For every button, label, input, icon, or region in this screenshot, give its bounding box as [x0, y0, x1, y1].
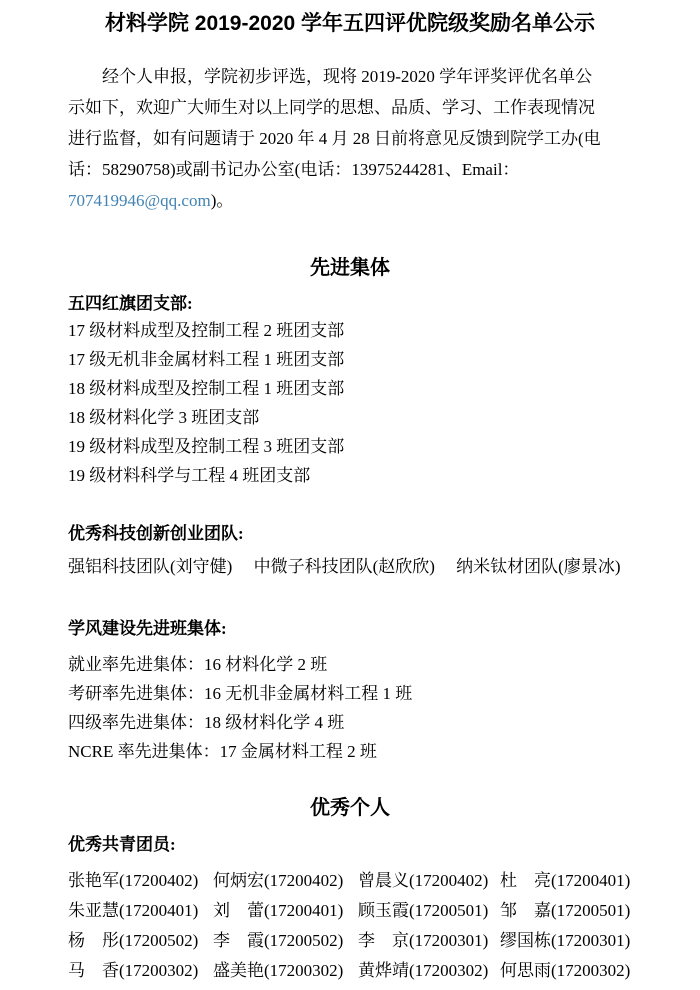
list-item-branch: 19 级材料成型及控制工程 3 班团支部: [68, 432, 632, 461]
intro-paragraph: 经个人申报，学院初步评选，现将 2019-2020 学年评奖评优名单公 示如下，…: [68, 61, 632, 216]
name-cell: 黄烨靖(17200302): [358, 956, 500, 986]
document-title: 材料学院 2019-2020 学年五四评优院级奖励名单公示: [68, 10, 632, 37]
name-cell: 朱亚慧(17200401): [68, 896, 213, 926]
name-cell: 杜 亮(17200401): [500, 866, 632, 896]
subsection-label-tech-teams: 优秀科技创新创业团队:: [68, 524, 632, 544]
name-cell: 缪国栋(17200301): [500, 926, 632, 956]
red-flag-branch-list: 17 级材料成型及控制工程 2 班团支部 17 级无机非金属材料工程 1 班团支…: [68, 316, 632, 490]
team-entry: 中微子科技团队(赵欣欣): [254, 557, 435, 576]
list-item-study: NCRE 率先进集体：17 金属材料工程 2 班: [68, 737, 632, 766]
list-item-study: 四级率先进集体：18 级材料化学 4 班: [68, 708, 632, 737]
list-item-branch: 18 级材料成型及控制工程 1 班团支部: [68, 374, 632, 403]
name-cell: 李 霞(17200502): [213, 926, 358, 956]
intro-after-email: )。: [211, 191, 234, 210]
section-heading-outstanding-individuals: 优秀个人: [68, 794, 632, 822]
subsection-label-league-members: 优秀共青团员:: [68, 835, 632, 855]
intro-line: 话：58290758)或副书记办公室(电话：13975244281、Email：: [68, 154, 632, 185]
name-cell: 邹 嘉(17200501): [500, 896, 632, 926]
name-cell: 何炳宏(17200402): [213, 866, 358, 896]
intro-line: 进行监督，如有问题请于 2020 年 4 月 28 日前将意见反馈到院学工办(电: [68, 123, 632, 154]
team-entry: 纳米钛材团队(廖景冰): [456, 557, 620, 576]
list-item-study: 考研率先进集体：16 无机非金属材料工程 1 班: [68, 679, 632, 708]
subsection-label-study-style: 学风建设先进班集体:: [68, 619, 632, 639]
subsection-label-red-flag-branches: 五四红旗团支部:: [68, 294, 632, 314]
name-cell: 曾晨义(17200402): [358, 866, 500, 896]
tech-team-list: 强铝科技团队(刘守健) 中微子科技团队(赵欣欣) 纳米钛材团队(廖景冰): [68, 556, 632, 577]
intro-line: 示如下，欢迎广大师生对以上同学的思想、品质、学习、工作表现情况: [68, 92, 632, 123]
name-cell: 杨 彤(17200502): [68, 926, 213, 956]
name-cell: 何思雨(17200302): [500, 956, 632, 986]
name-cell: 顾玉霞(17200501): [358, 896, 500, 926]
name-cell: 盛美艳(17200302): [213, 956, 358, 986]
name-cell: 李 京(17200301): [358, 926, 500, 956]
list-item-study: 就业率先进集体：16 材料化学 2 班: [68, 650, 632, 679]
list-item-branch: 17 级材料成型及控制工程 2 班团支部: [68, 316, 632, 345]
section-heading-advanced-collectives: 先进集体: [68, 254, 632, 282]
list-item-branch: 19 级材料科学与工程 4 班团支部: [68, 461, 632, 490]
intro-line: 经个人申报，学院初步评选，现将 2019-2020 学年评奖评优名单公: [68, 61, 632, 92]
name-cell: 马 香(17200302): [68, 956, 213, 986]
team-entry: 强铝科技团队(刘守健): [68, 557, 232, 576]
list-item-branch: 18 级材料化学 3 班团支部: [68, 403, 632, 432]
intro-line-email: 707419946@qq.com)。: [68, 185, 632, 216]
name-cell: 刘 蕾(17200401): [213, 896, 358, 926]
league-member-name-grid: 张艳军(17200402) 何炳宏(17200402) 曾晨义(17200402…: [68, 866, 632, 986]
study-style-list: 就业率先进集体：16 材料化学 2 班 考研率先进集体：16 无机非金属材料工程…: [68, 650, 632, 766]
document-page: 材料学院 2019-2020 学年五四评优院级奖励名单公示 经个人申报，学院初步…: [0, 0, 700, 986]
email-link[interactable]: 707419946@qq.com: [68, 191, 211, 210]
name-cell: 张艳军(17200402): [68, 866, 213, 896]
list-item-branch: 17 级无机非金属材料工程 1 班团支部: [68, 345, 632, 374]
